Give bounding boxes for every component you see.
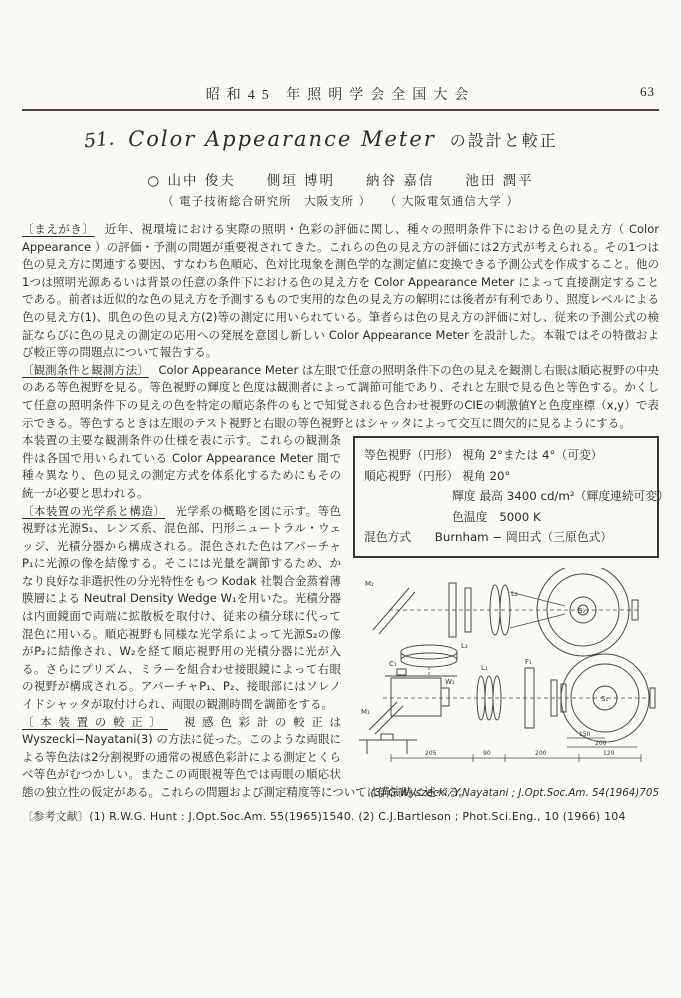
observation-spec-box: 等色視野（円形） 視角 2°または 4°（可変） 順応視野（円形） 視角 20°… [353,436,659,558]
paper-title: 51. Color Appearance Meter の設計と較正 [84,127,659,151]
figure-label-l3: L₃ [461,642,468,650]
spec-row-color-temperature: 色温度 5000 K [364,507,648,528]
scanned-paper-page: 昭和45 年照明学会全国大会 63 51. Color Appearance M… [0,0,681,998]
right-column: 等色視野（円形） 視角 2°または 4°（可変） 順応視野（円形） 視角 20°… [353,436,659,766]
conference-title: 昭和45 年照明学会全国大会 [206,84,476,104]
figure-label-l2: L₂ [511,590,518,598]
figure-dim-200a: 200 [535,750,547,757]
references-line: 〔参考文献〕(1) R.W.G. Hunt : J.Opt.Soc.Am. 55… [22,808,659,826]
section-intro-body: 近年、視環境における実際の照明・色彩の評価に関し、種々の照明条件下における色の見… [22,222,659,359]
figure-label-l1: L₁ [481,664,488,672]
figure-label-f1: F₁ [525,658,532,666]
section-observation-part1: 〔観測条件と観測方法〕 Color Appearance Meter は左眼で任… [22,362,659,432]
spec-row-adapting-field: 順応視野（円形） 視角 20° [364,466,648,487]
figure-dim-120: 120 [603,750,615,757]
figure-label-s1: S₁ [601,695,608,703]
figure-label-m2: M₂ [365,580,374,588]
optical-system-figure: M₂ S₂ L₃ L₂ C₁ W₁ M₁ L₁ F₁ S₁ 205 90 200 [353,568,659,766]
authors-line: ○ 山中 俊夫 側垣 博明 納谷 嘉信 池田 潤平 [22,169,659,189]
spec-row-matching-field: 等色視野（円形） 視角 2°または 4°（可変） [364,445,648,466]
paper-title-japanese: の設計と較正 [450,128,558,151]
section-intro: 〔まえがき〕 近年、視環境における実際の照明・色彩の評価に関し、種々の照明条件下… [22,221,659,362]
figure-label-s2: S₂ [578,607,585,615]
page-number: 63 [640,84,655,100]
section-observation-body2: 本装置の主要な観測条件の仕様を表に示す。これらの観測条件は各国で用いられている … [22,433,341,500]
section-observation-heading: 〔観測条件と観測方法〕 [22,363,149,377]
spec-row-mixing-method: 混色方式 Burnham − 岡田式（三原色式） [364,527,648,548]
page-header: 昭和45 年照明学会全国大会 63 [22,84,659,111]
section-intro-heading: 〔まえがき〕 [22,222,95,236]
figure-dim-90: 90 [483,750,491,757]
figure-dim-205: 205 [425,750,437,757]
affiliations-line: （ 電子技術総合研究所 大阪支所 ） （ 大阪電気通信大学 ） [22,193,659,209]
paper-number: 51. [83,127,115,152]
figure-label-c1: C₁ [389,660,397,668]
paper-body: 〔まえがき〕 近年、視環境における実際の照明・色彩の評価に関し、種々の照明条件下… [22,221,659,826]
section-calibration-heading: 〔本装置の較正〕 [22,715,168,729]
section-optics-heading: 〔本装置の光学系と構造〕 [22,504,165,518]
paper-title-english: Color Appearance Meter [128,127,436,151]
section-optics-body: 光学系の概略を図に示す。等色視野は光源S₁、レンズ系、混色部、円形ニュートラル・… [22,504,341,712]
figure-label-m1: M₁ [361,708,370,716]
spec-row-luminance: 輝度 最高 3400 cd/m²（輝度連続可変） [364,486,648,507]
figure-dim-150: 150 [579,731,591,738]
figure-dim-200b: 200 [595,740,607,747]
figure-label-w1: W₁ [445,678,455,686]
